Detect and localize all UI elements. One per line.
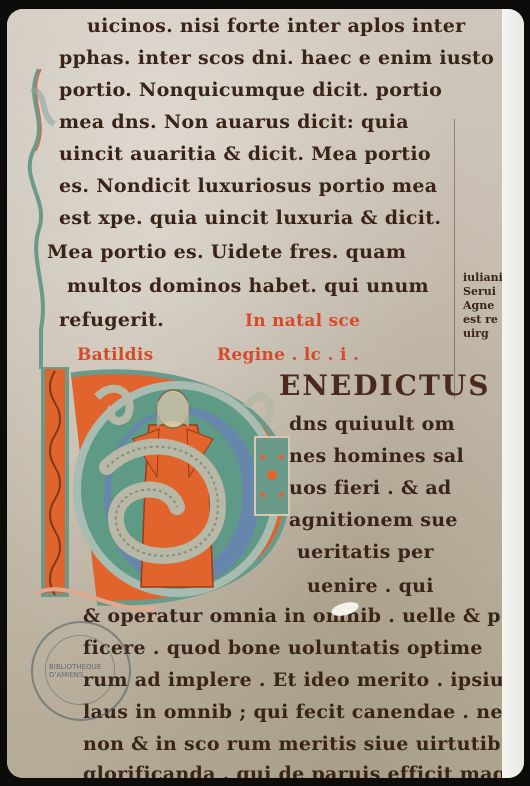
text-line: uicinos. nisi forte inter aplos inter (87, 15, 465, 37)
text-line: glorificanda . qui de paruis efficit mag (83, 763, 506, 778)
margin-note-line: Agne (463, 299, 503, 313)
margin-note: iuliani Serui Agne est re uirg (463, 271, 503, 341)
text-line: mea dns. Non auarus dicit: quia (59, 111, 409, 133)
text-line: uincit auaritia & dicit. Mea portio (59, 143, 431, 165)
text-line: Mea portio es. Uidete fres. quam (47, 241, 406, 263)
rubric-title: In natal sce (245, 311, 360, 331)
text-line: uenire . qui (307, 575, 434, 597)
slide-mount-edge (502, 9, 524, 778)
text-line: portio. Nonquicumque dicit. portio (59, 79, 442, 101)
text-line: rum ad implere . Et ideo merito . ipsius (83, 669, 515, 691)
text-line: pphas. inter scos dni. haec e enim iusto (59, 47, 494, 69)
library-stamp-text: BIBLIOTHEQUE D'AMIENS (49, 663, 129, 679)
text-line: multos dominos habet. qui unum (67, 275, 429, 297)
text-line: nes homines sal (289, 445, 464, 467)
text-line: uos fieri . & ad (289, 477, 452, 499)
text-line: non & in sco rum meritis siue uirtutib ; (83, 733, 515, 755)
illuminated-initial-b (37, 367, 297, 617)
text-line: agnitionem sue (289, 509, 458, 531)
text-line: dns quiuult om (289, 413, 455, 435)
vine-border-decoration (19, 69, 59, 369)
slide-mount: uicinos. nisi forte inter aplos inter pp… (7, 9, 524, 778)
margin-note-line: iuliani (463, 271, 503, 285)
text-line: es. Nondicit luxuriosus portio mea (59, 175, 437, 197)
text-line: refugerit. (59, 309, 164, 331)
margin-ruling-line (454, 119, 455, 399)
text-line: laus in omnib ; qui fecit canendae . nec (83, 701, 515, 723)
manuscript-page: uicinos. nisi forte inter aplos inter pp… (7, 9, 502, 778)
text-line: ficere . quod bone uoluntatis optime (83, 637, 483, 659)
margin-note-line: est re (463, 313, 503, 327)
margin-note-line: Serui (463, 285, 503, 299)
margin-note-line: uirg (463, 327, 503, 341)
text-line: ueritatis per (297, 541, 434, 563)
heading-benedictus: ENEDICTUS (279, 369, 490, 402)
text-line: est xpe. quia uincit luxuria & dicit. (59, 207, 441, 229)
rubric-saint-name: Batildis (77, 345, 153, 365)
rubric-lection: Regine . lc . i . (217, 345, 359, 365)
library-stamp: BIBLIOTHEQUE D'AMIENS (31, 621, 131, 721)
